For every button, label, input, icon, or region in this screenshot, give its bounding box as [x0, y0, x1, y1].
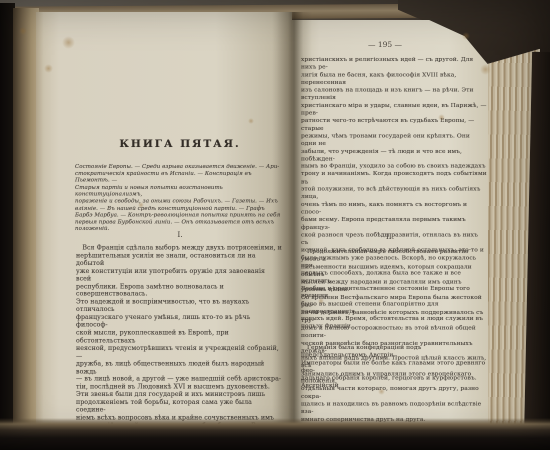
foxing-spot — [19, 27, 27, 35]
foxing-spot — [62, 36, 75, 49]
book-photo: КНИГА ПЯТАЯ. Состояніе Европы. — Среди в… — [0, 0, 550, 450]
chapter-heading: КНИГА ПЯТАЯ. — [76, 138, 284, 150]
gutter-shadow — [272, 12, 312, 424]
page-number: — 195 — — [300, 40, 470, 49]
right-page-paragraph-3: Германія была конфедераціей подъ предсѣд… — [301, 344, 487, 390]
foxing-spot — [480, 64, 491, 75]
foxing-spot — [318, 298, 324, 304]
left-page: КНИГА ПЯТАЯ. Состояніе Европы. — Среди в… — [36, 12, 292, 426]
book-bottom-edge — [0, 418, 550, 450]
chapter-synopsis: Состояніе Европы. — Среди взрыва оказыва… — [75, 163, 283, 232]
foxing-spot — [138, 202, 144, 208]
foxing-spot — [462, 32, 470, 40]
left-page-body-text: Вся Франція сдѣлала выборъ между двухъ п… — [76, 244, 282, 445]
foxing-spot — [378, 388, 385, 395]
foxing-spot — [44, 64, 53, 73]
right-page-paragraph-2: Продолжительный миръ способствовалъ разв… — [301, 248, 487, 423]
section-marker-one: I. — [76, 230, 284, 239]
foxing-spot — [248, 118, 254, 124]
foxing-spot — [438, 114, 445, 121]
right-page: — 195 — христіанскихъ и религіозныхъ иде… — [292, 20, 488, 424]
section-marker-two: II. — [300, 232, 480, 241]
